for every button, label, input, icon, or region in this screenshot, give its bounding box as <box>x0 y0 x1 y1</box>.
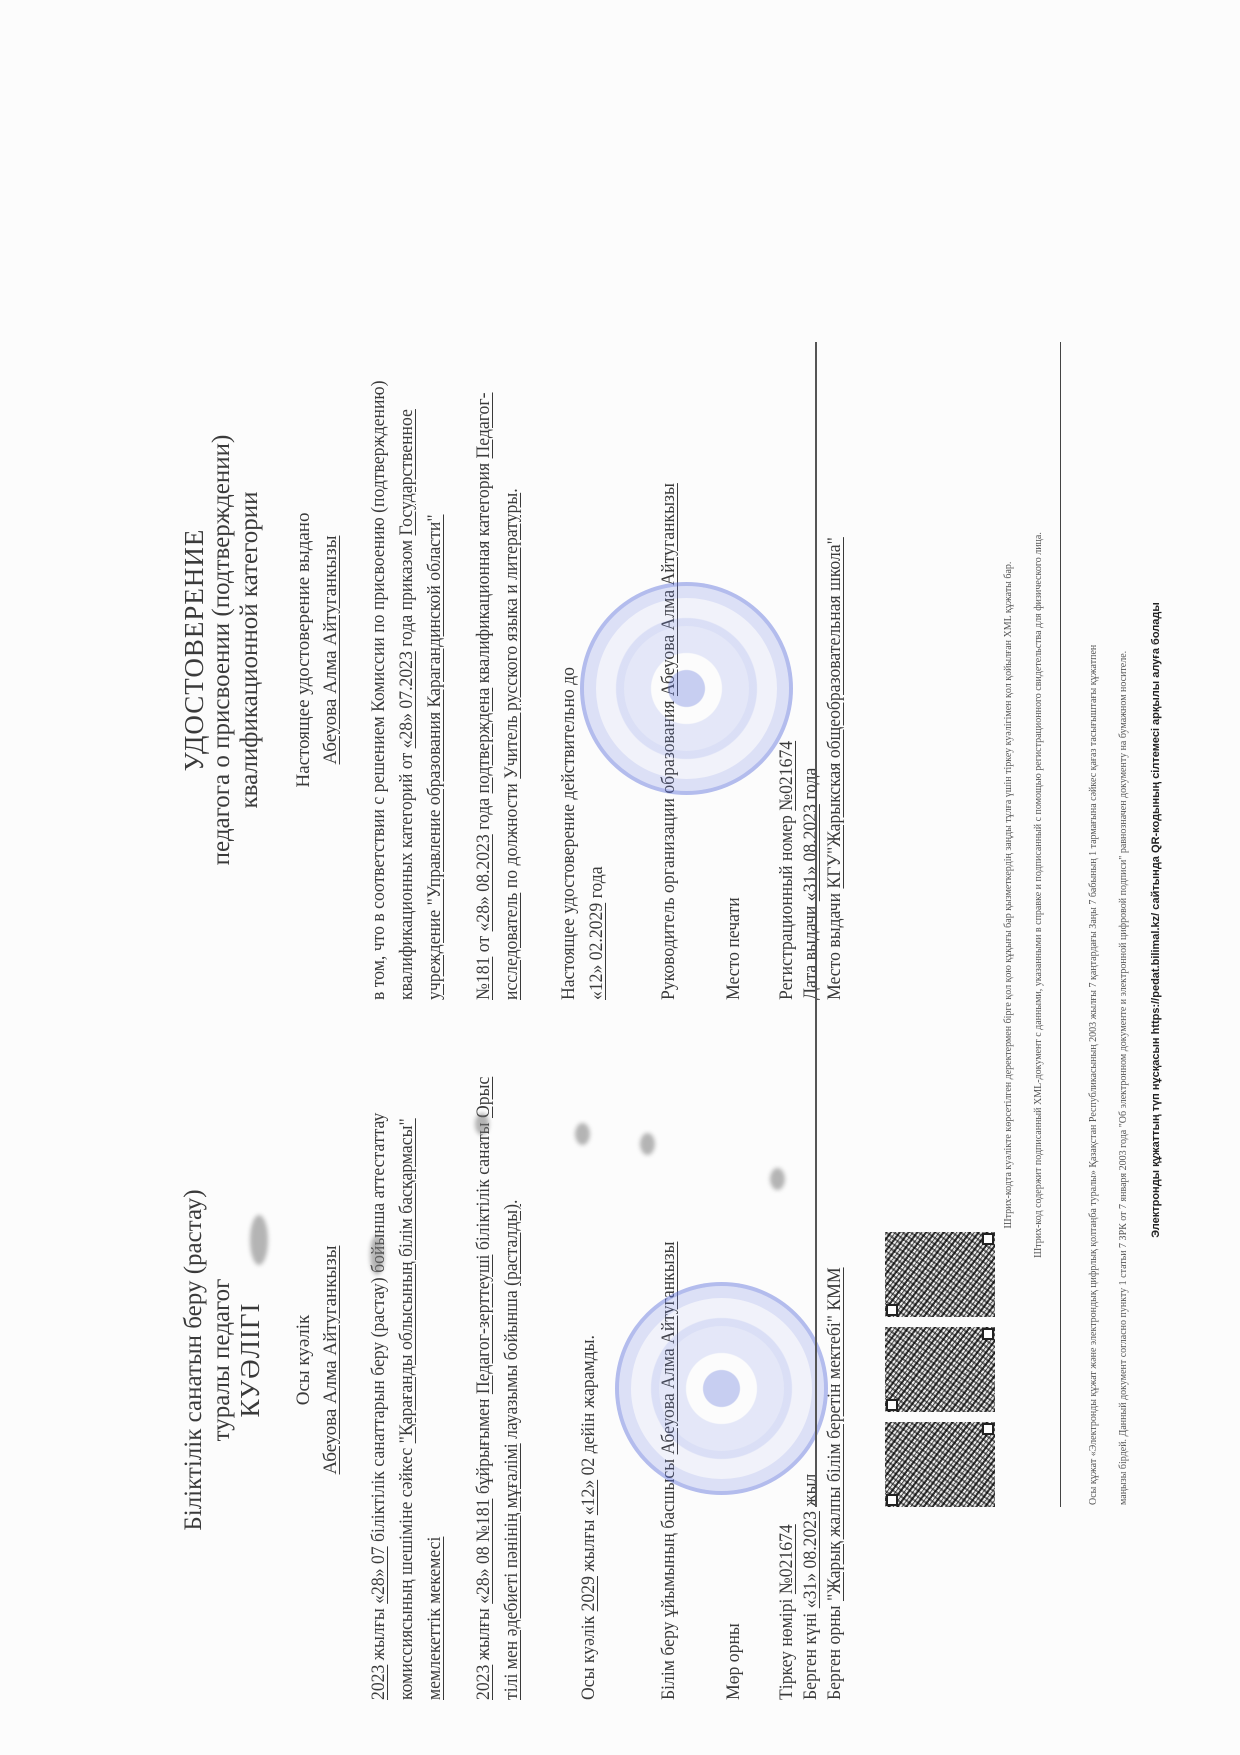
legal-note-line2: маңызы бірдей. Данный документ согласно … <box>1118 335 1129 1505</box>
kz-p3-text: Осы куәлік <box>578 1611 599 1700</box>
kz-reg-number: №021674 <box>776 1524 797 1594</box>
ru-paragraph-commission: в том, что в соответствии с решением Ком… <box>365 349 449 1000</box>
kz-holder-name: Абеуова Алма Айтуганкызы <box>317 1020 344 1700</box>
redaction-smudge <box>475 1113 489 1135</box>
ru-intro: Настоящее удостоверение выдано <box>290 300 317 1000</box>
ru-title-line2: педагога о присвоении (подтверждении) <box>208 300 236 1000</box>
kz-date-label: Берген күні <box>800 1608 821 1700</box>
kz-issued-to: Осы куәлік Абеуова Алма Айтуганкызы <box>290 1020 344 1700</box>
kz-p2-status: (расталды) <box>501 1204 522 1286</box>
kz-p1-date: «28» 07 <box>368 1546 389 1603</box>
ru-reg-number: №021674 <box>776 741 797 811</box>
kz-p2-year: 2023 <box>473 1665 494 1700</box>
redaction-smudge <box>575 1123 590 1145</box>
ru-p3-date: «12» 02.2029 <box>586 903 607 1000</box>
ru-p2-text3: квалификационная категория <box>473 458 494 687</box>
ru-date-suffix: года <box>800 768 821 804</box>
qr-codes <box>885 1232 995 1507</box>
kz-p3-text2: жылғы <box>578 1515 599 1576</box>
footer-separator <box>1060 342 1061 1507</box>
kz-place-label: Берген орны <box>824 1601 845 1700</box>
ru-date-line: Дата выдачи «31» 08.2023 года <box>799 349 823 1000</box>
kz-title-line2: туралы педагог <box>208 1020 236 1700</box>
kz-p2-text5: . <box>501 1200 522 1204</box>
ru-title-line1: УДОСТОВЕРЕНИЕ <box>180 300 208 1000</box>
kz-p2-date: «28» 08 №181 <box>473 1499 494 1604</box>
qr-code-icon <box>885 1232 995 1317</box>
original-link-note: Электронды құжаттың түп нұсқасын https:/… <box>1150 335 1162 1505</box>
ru-p2-text2: года <box>473 793 494 834</box>
redaction-smudge <box>770 1168 785 1190</box>
redaction-smudge <box>250 1215 268 1265</box>
kz-intro: Осы куәлік <box>290 1020 317 1700</box>
ru-p2-text: от <box>473 931 494 956</box>
separator-line <box>815 342 817 1507</box>
official-stamp-kz <box>615 1282 828 1495</box>
kz-p2-text4: лауазымы бойынша <box>501 1286 522 1443</box>
kz-title-line1: Біліктілік санатын беру (растау) <box>180 1020 208 1700</box>
ru-p3-text: Настоящее удостоверение действительно до <box>555 349 583 1000</box>
kz-p2-text: жылғы <box>473 1604 494 1665</box>
ru-reg-label: Регистрационный номер <box>776 811 797 1000</box>
kz-head-label: Білім беру ұйымының басшысы <box>658 1454 679 1700</box>
kz-date-suffix: жыл <box>800 1474 821 1511</box>
ru-p2-position: Учитель русского языка и литературы <box>501 493 522 779</box>
kz-issue-date: «31» 08.2023 <box>800 1511 821 1608</box>
ru-p2-text5: . <box>501 488 522 492</box>
ru-date-label: Дата выдачи <box>800 901 821 1000</box>
ru-p1-date: «28» 07.2023 <box>396 651 417 748</box>
kz-paragraph-commission: 2023 жылғы «28» 07 біліктілік санаттарын… <box>365 1068 449 1700</box>
ru-issue-date: «31» 08.2023 <box>800 804 821 901</box>
ru-p2-number: №181 <box>473 957 494 1000</box>
ru-p2-text4: по должности <box>501 779 522 893</box>
ru-title-line3: квалификационной категории <box>236 300 264 1000</box>
ru-p3-text2: года <box>586 866 607 902</box>
ru-p1-text2: года приказом <box>396 535 417 651</box>
ru-issued-to: Настоящее удостоверение выдано Абеуова А… <box>290 300 344 1000</box>
ru-issue-place: КГУ"Жарыкская общеобразовательная школа" <box>824 537 845 888</box>
ru-holder-name: Абеуова Алма Айтуганкызы <box>317 300 344 1000</box>
kz-p2-text2: бұйрығымен <box>473 1394 494 1498</box>
ru-title: УДОСТОВЕРЕНИЕ педагога о присвоении (под… <box>180 300 264 1000</box>
kz-issue-place: "Жарық жалпы білім беретін мектебі" КММ <box>824 1267 845 1601</box>
ru-place-line: Место выдачи КГУ"Жарыкская общеобразоват… <box>823 349 847 1000</box>
ru-p2-status: подтверждена <box>473 688 494 794</box>
barcode-note-kz: Штрих-кодта куәлікте көрсетілген деректе… <box>1003 295 1014 1495</box>
kz-p2-category: Педагог-зерттеуші <box>473 1255 494 1395</box>
barcode-note-ru: Штрих-код содержит подписанный XML-докум… <box>1033 295 1044 1495</box>
kz-p3-text3: 02 дейін жарамды. <box>578 1335 599 1480</box>
kz-paragraph-order: 2023 жылғы «28» 08 №181 бұйрығымен Педаг… <box>470 1068 526 1700</box>
kz-p2-text3: біліктілік санаты <box>473 1118 494 1255</box>
kz-paragraph-validity: Осы куәлік 2029 жылғы «12» 02 дейін жара… <box>575 1068 603 1700</box>
legal-note-line1: Осы құжат «Электронды құжат және электро… <box>1088 335 1099 1505</box>
kz-title-line3: КУӘЛІГІ <box>236 1020 264 1700</box>
ru-paragraph-order: №181 от «28» 08.2023 года подтверждена к… <box>470 349 526 1000</box>
ru-place-label: Место выдачи <box>824 889 845 1000</box>
official-stamp-ru <box>580 582 793 795</box>
kz-p3-date: «12» <box>578 1480 599 1515</box>
qr-code-icon <box>885 1327 995 1412</box>
kz-title: Біліктілік санатын беру (растау) туралы … <box>180 1020 264 1700</box>
ru-p2-date: «28» 08.2023 <box>473 834 494 931</box>
redaction-smudge <box>370 1235 384 1275</box>
kz-reg-label: Тіркеу нөмірі <box>776 1594 797 1700</box>
kz-p1-year: 2023 <box>368 1665 389 1700</box>
redaction-smudge <box>640 1133 655 1155</box>
qr-code-icon <box>885 1422 995 1507</box>
kz-p1-text: жылғы <box>368 1604 389 1665</box>
certificate-page: Біліктілік санатын беру (растау) туралы … <box>0 0 1240 1755</box>
kz-p3-year: 2029 <box>578 1576 599 1611</box>
